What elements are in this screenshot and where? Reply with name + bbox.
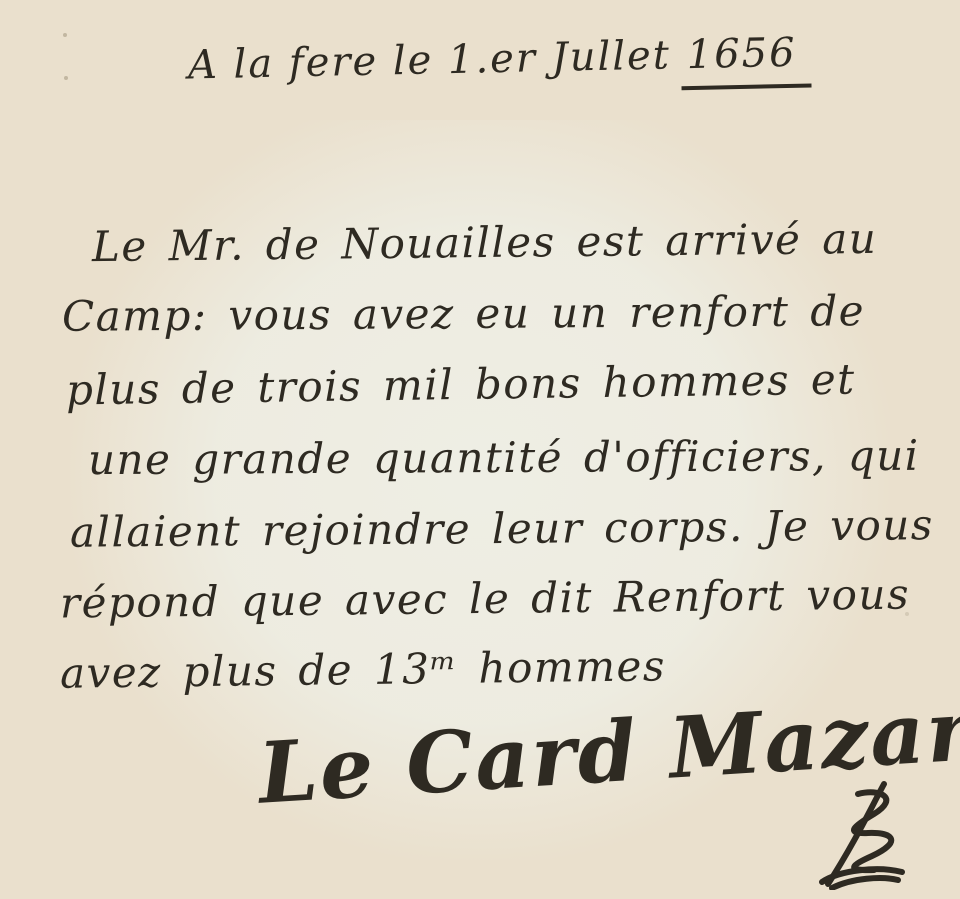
- manuscript-line: allaient rejoindre leur corps. Je vous: [70, 504, 934, 554]
- dateline-year-underlined: 1656: [680, 29, 811, 90]
- dateline: A la fere le 1.er Jullet1656: [187, 29, 811, 100]
- signature-paraph-flourish-icon: [812, 778, 908, 890]
- manuscript-line: Le Mr. de Nouailles est arrivé au: [92, 218, 878, 268]
- manuscript-line: avez plus de 13ᵐ hommes: [60, 645, 666, 694]
- manuscript-line: plus de trois mil bons hommes et: [66, 358, 856, 411]
- manuscript-line: répond que avec le dit Renfort vous: [60, 574, 910, 625]
- dateline-place-date: A la fere le 1.er Jullet: [187, 32, 671, 88]
- manuscript-line: Camp: vous avez eu un renfort de: [62, 290, 865, 338]
- manuscript-line: une grande quantité d'officiers, qui: [88, 435, 920, 481]
- paper-speckle: [63, 33, 67, 37]
- paper-speckle: [64, 76, 68, 80]
- signature-paraph: [812, 778, 908, 890]
- manuscript-page: A la fere le 1.er Jullet1656 Le Mr. de N…: [0, 0, 960, 899]
